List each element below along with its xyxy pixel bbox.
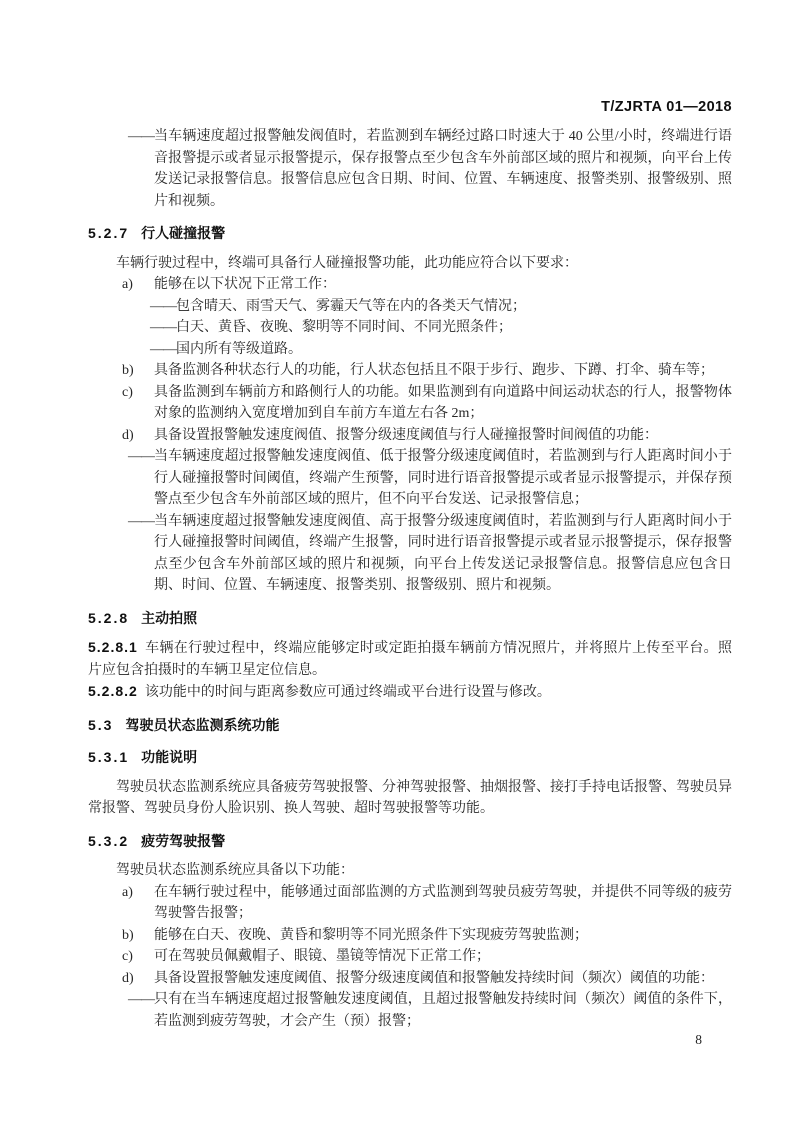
list-item-label: b) xyxy=(122,925,154,947)
heading-5-2-8: 5.2.8主动拍照 xyxy=(88,608,732,630)
list-item-label: b) xyxy=(122,360,154,382)
dash-item-text: 当车辆速度超过报警触发速度阀值、低于报警分级速度阈值时，若监测到与行人距离时间小… xyxy=(154,446,732,511)
list-item-a: a) 能够在以下状况下正常工作： xyxy=(122,274,732,296)
list-item-text: 具备设置报警触发速度阀值、报警分级速度阈值与行人碰撞报警时间阀值的功能： xyxy=(154,425,732,447)
heading-title: 行人碰撞报警 xyxy=(141,225,225,241)
list-item-label: a) xyxy=(122,274,154,296)
heading-title: 功能说明 xyxy=(141,749,197,765)
dash-item: —— 当车辆速度超过报警触发速度阀值、高于报警分级速度阈值时，若监测到与行人距离… xyxy=(128,511,732,597)
dash-item: —— 当车辆速度超过报警触发速度阀值、低于报警分级速度阈值时，若监测到与行人距离… xyxy=(128,446,732,511)
list-item-text: 可在驾驶员佩戴帽子、眼镜、墨镜等情况下正常工作； xyxy=(154,946,732,968)
dash-item-text: 包含晴天、雨雪天气、雾霾天气等在内的各类天气情况； xyxy=(176,296,732,318)
heading-number: 5.2.7 xyxy=(88,225,129,241)
heading-number: 5.2.8 xyxy=(88,610,129,626)
dash-item-text: 只有在当车辆速度超过报警触发速度阈值，且超过报警触发持续时间（频次）阈值的条件下… xyxy=(154,989,732,1032)
list-item-b: b) 能够在白天、夜晚、黄昏和黎明等不同光照条件下实现疲劳驾驶监测； xyxy=(122,925,732,947)
list-item-label: d) xyxy=(122,968,154,990)
dash-item: —— 国内所有等级道路。 xyxy=(150,339,732,361)
dash-item: —— 包含晴天、雨雪天气、雾霾天气等在内的各类天气情况； xyxy=(150,296,732,318)
dash-item-text: 当车辆速度超过报警触发速度阀值、高于报警分级速度阈值时，若监测到与行人距离时间小… xyxy=(154,511,732,597)
heading-5-2-7: 5.2.7行人碰撞报警 xyxy=(88,223,732,245)
standard-code-header: T/ZJRTA 01—2018 xyxy=(601,97,732,119)
document-page: T/ZJRTA 01—2018 —— 当车辆速度超过报警触发阀值时，若监测到车辆… xyxy=(0,0,794,1123)
heading-5-3-2: 5.3.2疲劳驾驶报警 xyxy=(88,831,732,853)
list-item-text: 具备设置报警触发速度阈值、报警分级速度阈值和报警触发持续时间（频次）阈值的功能： xyxy=(154,968,732,990)
clause-text: 车辆在行驶过程中，终端应能够定时或定距拍摄车辆前方情况照片，并将照片上传至平台。… xyxy=(88,641,732,678)
heading-title: 疲劳驾驶报警 xyxy=(141,833,225,849)
dash-item-text: 白天、黄昏、夜晚、黎明等不同时间、不同光照条件； xyxy=(176,317,732,339)
paragraph-5-2-8-2: 5.2.8.2该功能中的时间与距离参数应可通过终端或平台进行设置与修改。 xyxy=(88,681,732,704)
clause-number: 5.2.8.1 xyxy=(88,639,138,655)
dash-item-text: 国内所有等级道路。 xyxy=(176,339,732,361)
list-item-text: 具备监测各种状态行人的功能，行人状态包括且不限于步行、跑步、下蹲、打伞、骑车等； xyxy=(154,360,732,382)
list-item-c: c) 可在驾驶员佩戴帽子、眼镜、墨镜等情况下正常工作； xyxy=(122,946,732,968)
paragraph-5-3-1: 驾驶员状态监测系统应具备疲劳驾驶报警、分神驾驶报警、抽烟报警、接打手持电话报警、… xyxy=(88,777,732,820)
dash-item: —— 只有在当车辆速度超过报警触发速度阈值，且超过报警触发持续时间（频次）阈值的… xyxy=(128,989,732,1032)
dash-mark: —— xyxy=(128,989,154,1032)
dash-mark: —— xyxy=(128,511,154,597)
list-item-d: d) 具备设置报警触发速度阈值、报警分级速度阈值和报警触发持续时间（频次）阈值的… xyxy=(122,968,732,990)
heading-number: 5.3.2 xyxy=(88,833,129,849)
document-body: —— 当车辆速度超过报警触发阀值时，若监测到车辆经过路口时速大于 40 公里/小… xyxy=(88,126,732,1032)
dash-mark: —— xyxy=(150,317,176,339)
heading-number: 5.3.1 xyxy=(88,749,129,765)
list-item-text: 具备监测到车辆前方和路侧行人的功能。如果监测到有向道路中间运动状态的行人，报警物… xyxy=(154,382,732,425)
heading-5-3-1: 5.3.1功能说明 xyxy=(88,747,732,769)
list-item-label: c) xyxy=(122,946,154,968)
dash-mark: —— xyxy=(128,126,154,212)
heading-title: 驾驶员状态监测系统功能 xyxy=(125,717,279,733)
list-item-b: b) 具备监测各种状态行人的功能，行人状态包括且不限于步行、跑步、下蹲、打伞、骑… xyxy=(122,360,732,382)
dash-mark: —— xyxy=(128,446,154,511)
page-number: 8 xyxy=(695,1029,702,1051)
dash-mark: —— xyxy=(150,339,176,361)
dash-item: —— 白天、黄昏、夜晚、黎明等不同时间、不同光照条件； xyxy=(150,317,732,339)
list-item-d: d) 具备设置报警触发速度阀值、报警分级速度阈值与行人碰撞报警时间阀值的功能： xyxy=(122,425,732,447)
clause-text: 该功能中的时间与距离参数应可通过终端或平台进行设置与修改。 xyxy=(145,685,551,700)
list-item-a: a) 在车辆行驶过程中，能够通过面部监测的方式监测到驾驶员疲劳驾驶，并提供不同等… xyxy=(122,882,732,925)
dash-item-continued: —— 当车辆速度超过报警触发阀值时，若监测到车辆经过路口时速大于 40 公里/小… xyxy=(128,126,732,212)
list-item-c: c) 具备监测到车辆前方和路侧行人的功能。如果监测到有向道路中间运动状态的行人，… xyxy=(122,382,732,425)
list-item-label: a) xyxy=(122,882,154,925)
list-item-label: d) xyxy=(122,425,154,447)
heading-number: 5.3 xyxy=(88,717,113,733)
paragraph-5-3-2-intro: 驾驶员状态监测系统应具备以下功能： xyxy=(88,860,732,882)
dash-mark: —— xyxy=(150,296,176,318)
list-item-text: 在车辆行驶过程中，能够通过面部监测的方式监测到驾驶员疲劳驾驶，并提供不同等级的疲… xyxy=(154,882,732,925)
paragraph-5-2-7-intro: 车辆行驶过程中，终端可具备行人碰撞报警功能，此功能应符合以下要求： xyxy=(88,253,732,275)
dash-item-text: 当车辆速度超过报警触发阀值时，若监测到车辆经过路口时速大于 40 公里/小时，终… xyxy=(154,126,732,212)
heading-title: 主动拍照 xyxy=(141,610,197,626)
list-item-text: 能够在白天、夜晚、黄昏和黎明等不同光照条件下实现疲劳驾驶监测； xyxy=(154,925,732,947)
clause-number: 5.2.8.2 xyxy=(88,683,138,699)
list-item-text: 能够在以下状况下正常工作： xyxy=(154,274,732,296)
heading-5-3: 5.3驾驶员状态监测系统功能 xyxy=(88,715,732,737)
paragraph-5-2-8-1: 5.2.8.1车辆在行驶过程中，终端应能够定时或定距拍摄车辆前方情况照片，并将照… xyxy=(88,637,732,681)
list-item-label: c) xyxy=(122,382,154,425)
